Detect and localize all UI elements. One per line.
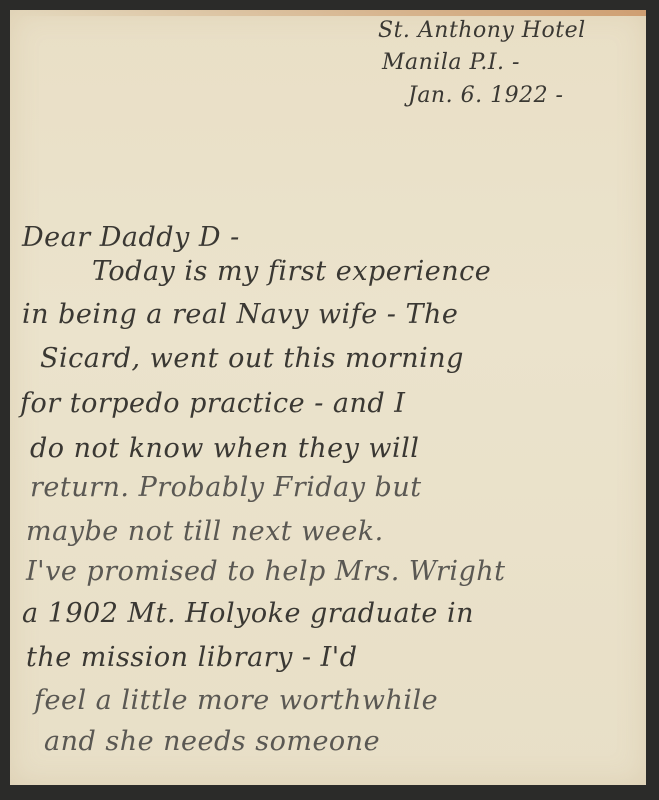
body-line: maybe not till next week. bbox=[26, 516, 384, 547]
letter-paper: St. Anthony Hotel Manila P.I. - Jan. 6. … bbox=[10, 10, 646, 785]
body-line: the mission library - I'd bbox=[26, 642, 358, 673]
body-line: for torpedo practice - and I bbox=[20, 388, 405, 419]
body-line: return. Probably Friday but bbox=[30, 472, 422, 503]
body-line: feel a little more worthwhile bbox=[34, 685, 438, 716]
body-line: I've promised to help Mrs. Wright bbox=[26, 556, 506, 587]
body-line: do not know when they will bbox=[30, 433, 419, 464]
body-line: and she needs someone bbox=[44, 726, 380, 757]
letterhead-hotel: St. Anthony Hotel bbox=[378, 18, 586, 43]
body-line: Today is my first experience bbox=[92, 256, 491, 287]
body-line: a 1902 Mt. Holyoke graduate in bbox=[22, 598, 474, 629]
salutation: Dear Daddy D - bbox=[22, 222, 240, 253]
letter-date: Jan. 6. 1922 - bbox=[408, 83, 564, 108]
body-line: in being a real Navy wife - The bbox=[22, 299, 458, 330]
letterhead-location: Manila P.I. - bbox=[382, 50, 520, 75]
body-line: Sicard, went out this morning bbox=[40, 343, 464, 374]
scanned-page: St. Anthony Hotel Manila P.I. - Jan. 6. … bbox=[0, 0, 659, 800]
